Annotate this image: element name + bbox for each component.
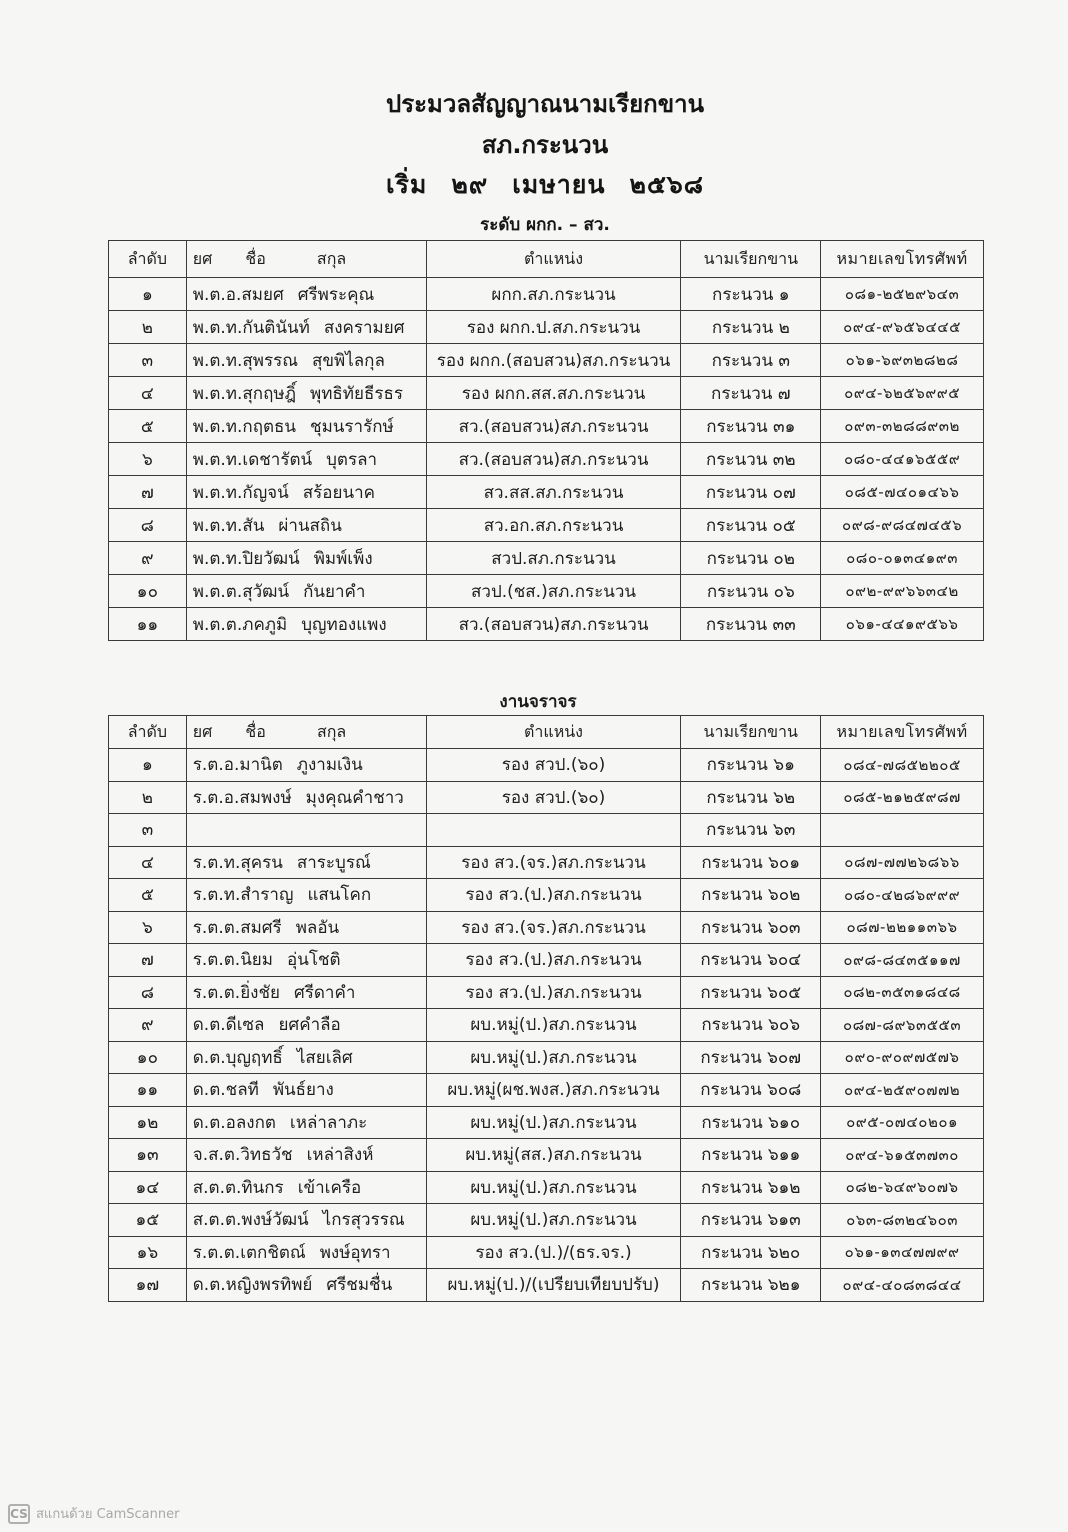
position: ผกก.สภ.กระนวน xyxy=(426,278,681,311)
rank-first-name: พ.ต.อ.สมยศ xyxy=(193,281,284,308)
person-name: ด.ต.ชลทีพันธ์ยาง xyxy=(186,1074,426,1107)
rank-first-name: ร.ต.ต.สมศรี xyxy=(193,914,282,941)
position: สว.สส.สภ.กระนวน xyxy=(426,476,681,509)
rank-first-name: ร.ต.ท.สุครน xyxy=(193,849,283,876)
rank-first-name: พ.ต.ท.สัน xyxy=(193,512,265,539)
callsign: กระนวน ๗ xyxy=(681,377,821,410)
callsign: กระนวน ๓๑ xyxy=(681,410,821,443)
callsign: กระนวน ๖๐๕ xyxy=(681,976,821,1009)
row-number: ๔ xyxy=(109,377,187,410)
phone-number: ๐๘๒-๓๕๓๑๘๔๘ xyxy=(821,976,984,1009)
position: สวป.(ชส.)สภ.กระนวน xyxy=(426,575,681,608)
table-header-row: ลำดับ ยศ ชื่อ สกุล ตำแหน่ง นามเรียกขาน ห… xyxy=(109,241,984,278)
phone-number: ๐๘๐-๐๑๓๔๑๙๓ xyxy=(821,542,984,575)
phone-number: ๐๘๕-๒๑๒๕๙๘๗ xyxy=(821,781,984,814)
table-row: ๑๐พ.ต.ต.สุวัฒน์กันยาคำสวป.(ชส.)สภ.กระนวน… xyxy=(109,575,984,608)
person-name: พ.ต.ท.สุกฤษฎิ์พุทธิทัยธีรธร xyxy=(186,377,426,410)
phone-number: ๐๖๑-๑๓๔๗๗๙๙ xyxy=(821,1236,984,1269)
table-row: ๑๐ด.ต.บุญฤทธิ์ไสยเลิศผบ.หมู่(ป.)สภ.กระนว… xyxy=(109,1041,984,1074)
person-name: จ.ส.ต.วิทธวัชเหล่าสิงห์ xyxy=(186,1139,426,1172)
callsign-table-commanders: ลำดับ ยศ ชื่อ สกุล ตำแหน่ง นามเรียกขาน ห… xyxy=(108,240,984,641)
position: รอง สว.(ป.)/(ธร.จร.) xyxy=(426,1236,681,1269)
surname: พิมพ์เพ็ง xyxy=(314,545,373,572)
person-name: ร.ต.ต.นิยมอุ่นโชติ xyxy=(186,944,426,977)
callsign: กระนวน ๒ xyxy=(681,311,821,344)
position: สว.(สอบสวน)สภ.กระนวน xyxy=(426,443,681,476)
table-row: ๗พ.ต.ท.กัญจน์สร้อยนาคสว.สส.สภ.กระนวนกระน… xyxy=(109,476,984,509)
position: ผบ.หมู่(ป.)/(เปรียบเทียบปรับ) xyxy=(426,1269,681,1302)
row-number: ๒ xyxy=(109,311,187,344)
row-number: ๑๒ xyxy=(109,1106,187,1139)
surname: กันยาคำ xyxy=(303,578,365,605)
table-row: ๑พ.ต.อ.สมยศศรีพระคุณผกก.สภ.กระนวนกระนวน … xyxy=(109,278,984,311)
header-name: ยศ ชื่อ สกุล xyxy=(186,716,426,749)
position: สว.(สอบสวน)สภ.กระนวน xyxy=(426,608,681,641)
header-first: ชื่อ xyxy=(245,249,265,268)
surname: ศรีดาคำ xyxy=(294,979,355,1006)
surname: สร้อยนาค xyxy=(303,479,375,506)
row-number: ๑๐ xyxy=(109,1041,187,1074)
surname: เหล่าลาภะ xyxy=(290,1109,367,1136)
phone-number: ๐๙๔-๒๕๙๐๗๗๒ xyxy=(821,1074,984,1107)
surname: บุตรลา xyxy=(326,446,377,473)
watermark-text: สแกนด้วย CamScanner xyxy=(36,1503,179,1524)
person-name xyxy=(186,814,426,847)
start-year: ๒๕๖๘ xyxy=(629,170,704,199)
person-name: ด.ต.บุญฤทธิ์ไสยเลิศ xyxy=(186,1041,426,1074)
rank-first-name: ด.ต.บุญฤทธิ์ xyxy=(193,1044,283,1071)
rank-first-name: พ.ต.ท.สุพรรณ xyxy=(193,347,298,374)
header-position: ตำแหน่ง xyxy=(426,716,681,749)
table-row: ๕พ.ต.ท.กฤตธนชุมนรารักษ์สว.(สอบสวน)สภ.กระ… xyxy=(109,410,984,443)
callsign: กระนวน ๖๑๑ xyxy=(681,1139,821,1172)
row-number: ๒ xyxy=(109,781,187,814)
header-last: สกุล xyxy=(317,249,346,268)
callsign: กระนวน ๖๐๘ xyxy=(681,1074,821,1107)
camscanner-logo-icon: CS xyxy=(8,1504,30,1524)
position: สวป.สภ.กระนวน xyxy=(426,542,681,575)
phone-number: ๐๘๗-๘๙๖๓๕๕๓ xyxy=(821,1009,984,1042)
phone-number: ๐๙๓-๓๒๘๘๙๓๒ xyxy=(821,410,984,443)
row-number: ๑ xyxy=(109,749,187,782)
position: รอง สว.(ป.)สภ.กระนวน xyxy=(426,944,681,977)
table-row: ๖ร.ต.ต.สมศรีพลอันรอง สว.(จร.)สภ.กระนวนกร… xyxy=(109,911,984,944)
station-name: สภ.กระนวน xyxy=(0,125,1068,164)
rank-first-name: ร.ต.ต.นิยม xyxy=(193,946,273,973)
table-row: ๑๖ร.ต.ต.เตกชิตณ์พงษ์อุทรารอง สว.(ป.)/(ธร… xyxy=(109,1236,984,1269)
callsign: กระนวน ๖๑๒ xyxy=(681,1171,821,1204)
start-word: เริ่ม xyxy=(386,170,427,199)
table-row: ๘พ.ต.ท.สันผ่านสถินสว.อก.สภ.กระนวนกระนวน … xyxy=(109,509,984,542)
position: รอง สว.(ป.)สภ.กระนวน xyxy=(426,879,681,912)
person-name: ส.ต.ต.พงษ์วัฒน์ไกรสุวรรณ xyxy=(186,1204,426,1237)
position: รอง ผกก.ป.สภ.กระนวน xyxy=(426,311,681,344)
person-name: ด.ต.ดีเซลยศคำลือ xyxy=(186,1009,426,1042)
row-number: ๘ xyxy=(109,509,187,542)
row-number: ๑๑ xyxy=(109,1074,187,1107)
row-number: ๘ xyxy=(109,976,187,1009)
phone-number: ๐๙๐-๙๐๙๗๕๗๖ xyxy=(821,1041,984,1074)
table-row: ๖พ.ต.ท.เดชารัตน์บุตรลาสว.(สอบสวน)สภ.กระน… xyxy=(109,443,984,476)
surname: บุญทองแพง xyxy=(301,611,386,638)
rank-first-name: พ.ต.ท.เดชารัตน์ xyxy=(193,446,312,473)
document-title: ประมวลสัญญาณนามเรียกขาน xyxy=(0,84,1068,123)
position: รอง สวป.(๖๐) xyxy=(426,749,681,782)
phone-number: ๐๘๔-๗๘๕๒๒๐๕ xyxy=(821,749,984,782)
header-rank: ยศ xyxy=(193,249,213,268)
rank-first-name: ส.ต.ต.พงษ์วัฒน์ xyxy=(193,1206,309,1233)
table-row: ๑๒ด.ต.อลงกตเหล่าลาภะผบ.หมู่(ป.)สภ.กระนวน… xyxy=(109,1106,984,1139)
row-number: ๑๑ xyxy=(109,608,187,641)
table-row: ๑๔ส.ต.ต.ทินกรเข้าเครือผบ.หมู่(ป.)สภ.กระน… xyxy=(109,1171,984,1204)
table-row: ๕ร.ต.ท.สำราญแสนโคกรอง สว.(ป.)สภ.กระนวนกร… xyxy=(109,879,984,912)
person-name: ด.ต.หญิงพรทิพย์ศรีชมชื่น xyxy=(186,1269,426,1302)
callsign: กระนวน ๖๐๔ xyxy=(681,944,821,977)
table-row: ๓พ.ต.ท.สุพรรณสุขพิไลกุลรอง ผกก.(สอบสวน)ส… xyxy=(109,344,984,377)
phone-number: ๐๘๒-๖๔๙๖๐๗๖ xyxy=(821,1171,984,1204)
surname: ยศคำลือ xyxy=(278,1011,340,1038)
row-number: ๙ xyxy=(109,1009,187,1042)
person-name: พ.ต.ท.กฤตธนชุมนรารักษ์ xyxy=(186,410,426,443)
surname: สุขพิไลกุล xyxy=(312,347,385,374)
position: ผบ.หมู่(ป.)สภ.กระนวน xyxy=(426,1041,681,1074)
phone-number: ๐๙๒-๙๙๖๖๓๔๒ xyxy=(821,575,984,608)
person-name: ร.ต.ต.เตกชิตณ์พงษ์อุทรา xyxy=(186,1236,426,1269)
camscanner-watermark: CS สแกนด้วย CamScanner xyxy=(8,1503,179,1524)
phone-number: ๐๙๕-๐๗๔๐๒๐๑ xyxy=(821,1106,984,1139)
surname: พงษ์อุทรา xyxy=(320,1239,391,1266)
rank-first-name: ด.ต.ดีเซล xyxy=(193,1011,265,1038)
phone-number: ๐๘๗-๒๒๑๑๓๖๖ xyxy=(821,911,984,944)
row-number: ๑๗ xyxy=(109,1269,187,1302)
callsign: กระนวน ๓๓ xyxy=(681,608,821,641)
table-row: ๑๑ด.ต.ชลทีพันธ์ยางผบ.หมู่(ผช.พงส.)สภ.กระ… xyxy=(109,1074,984,1107)
row-number: ๗ xyxy=(109,476,187,509)
callsign: กระนวน ๖๒๑ xyxy=(681,1269,821,1302)
callsign: กระนวน ๓ xyxy=(681,344,821,377)
rank-first-name: พ.ต.ท.กฤตธน xyxy=(193,413,296,440)
start-date: เริ่ม๒๙เมษายน๒๕๖๘ xyxy=(0,165,1068,205)
row-number: ๓ xyxy=(109,344,187,377)
position: ผบ.หมู่(ป.)สภ.กระนวน xyxy=(426,1009,681,1042)
rank-first-name: ร.ต.ต.เตกชิตณ์ xyxy=(193,1239,306,1266)
callsign: กระนวน ๖๐๗ xyxy=(681,1041,821,1074)
surname: สาระบูรณ์ xyxy=(297,849,371,876)
rank-first-name: ร.ต.ท.สำราญ xyxy=(193,881,294,908)
surname: ไกรสุวรรณ xyxy=(323,1206,405,1233)
callsign: กระนวน ๖๒ xyxy=(681,781,821,814)
section1-title: ระดับ ผกก. – สว. xyxy=(0,211,1068,238)
position: รอง สว.(ป.)สภ.กระนวน xyxy=(426,976,681,1009)
header-callsign: นามเรียกขาน xyxy=(681,241,821,278)
person-name: พ.ต.ท.กัญจน์สร้อยนาค xyxy=(186,476,426,509)
callsign: กระนวน ๖๑ xyxy=(681,749,821,782)
position: สว.อก.สภ.กระนวน xyxy=(426,509,681,542)
person-name: พ.ต.ต.ภคภูมิบุญทองแพง xyxy=(186,608,426,641)
phone-number: ๐๘๑-๒๕๒๙๖๔๓ xyxy=(821,278,984,311)
header-position: ตำแหน่ง xyxy=(426,241,681,278)
phone-number: ๐๘๐-๔๔๑๖๕๕๙ xyxy=(821,443,984,476)
person-name: ร.ต.ท.สุครนสาระบูรณ์ xyxy=(186,846,426,879)
person-name: พ.ต.ท.สุพรรณสุขพิไลกุล xyxy=(186,344,426,377)
rank-first-name: พ.ต.ต.สุวัฒน์ xyxy=(193,578,289,605)
surname: พันธ์ยาง xyxy=(273,1076,334,1103)
person-name: ร.ต.อ.สมพงษ์มุงคุณคำชาว xyxy=(186,781,426,814)
surname: สงครามยศ xyxy=(324,314,405,341)
rank-first-name: จ.ส.ต.วิทธวัช xyxy=(193,1141,293,1168)
table-row: ๒ร.ต.อ.สมพงษ์มุงคุณคำชาวรอง สวป.(๖๐)กระน… xyxy=(109,781,984,814)
callsign: กระนวน ๖๑๐ xyxy=(681,1106,821,1139)
callsign: กระนวน ๖๐๑ xyxy=(681,846,821,879)
phone-number: ๐๘๗-๗๗๒๖๘๖๖ xyxy=(821,846,984,879)
person-name: ด.ต.อลงกตเหล่าลาภะ xyxy=(186,1106,426,1139)
position xyxy=(426,814,681,847)
rank-first-name: ร.ต.อ.มานิต xyxy=(193,751,283,778)
position: ผบ.หมู่(สส.)สภ.กระนวน xyxy=(426,1139,681,1172)
rank-first-name: ส.ต.ต.ทินกร xyxy=(193,1174,284,1201)
surname: พลอัน xyxy=(296,914,339,941)
rank-first-name: พ.ต.ต.ภคภูมิ xyxy=(193,611,288,638)
row-number: ๑๓ xyxy=(109,1139,187,1172)
table-row: ๗ร.ต.ต.นิยมอุ่นโชติรอง สว.(ป.)สภ.กระนวนก… xyxy=(109,944,984,977)
person-name: ร.ต.ต.ยิ่งชัยศรีดาคำ xyxy=(186,976,426,1009)
start-month: เมษายน xyxy=(512,170,605,199)
surname: มุงคุณคำชาว xyxy=(306,784,404,811)
table-row: ๔ร.ต.ท.สุครนสาระบูรณ์รอง สว.(จร.)สภ.กระน… xyxy=(109,846,984,879)
surname: เข้าเครือ xyxy=(298,1174,362,1201)
rank-first-name: ด.ต.อลงกต xyxy=(193,1109,276,1136)
person-name: พ.ต.ท.กันตินันท์สงครามยศ xyxy=(186,311,426,344)
rank-first-name: ร.ต.อ.สมพงษ์ xyxy=(193,784,292,811)
header-name: ยศ ชื่อ สกุล xyxy=(186,241,426,278)
person-name: ร.ต.อ.มานิตภูงามเงิน xyxy=(186,749,426,782)
phone-number: ๐๙๔-๖๑๕๓๗๓๐ xyxy=(821,1139,984,1172)
position: ผบ.หมู่(ป.)สภ.กระนวน xyxy=(426,1171,681,1204)
surname: อุ่นโชติ xyxy=(287,946,341,973)
row-number: ๑๖ xyxy=(109,1236,187,1269)
section2-title: งานจราจร xyxy=(420,688,656,715)
surname: ไสยเลิศ xyxy=(297,1044,353,1071)
phone-number: ๐๖๑-๔๔๑๙๕๖๖ xyxy=(821,608,984,641)
position: รอง ผกก.สส.สภ.กระนวน xyxy=(426,377,681,410)
person-name: ส.ต.ต.ทินกรเข้าเครือ xyxy=(186,1171,426,1204)
header-no: ลำดับ xyxy=(109,241,187,278)
row-number: ๑๕ xyxy=(109,1204,187,1237)
table-header-row: ลำดับ ยศ ชื่อ สกุล ตำแหน่ง นามเรียกขาน ห… xyxy=(109,716,984,749)
table-row: ๑๗ด.ต.หญิงพรทิพย์ศรีชมชื่นผบ.หมู่(ป.)/(เ… xyxy=(109,1269,984,1302)
person-name: พ.ต.ท.ปิยวัฒน์พิมพ์เพ็ง xyxy=(186,542,426,575)
rank-first-name: ร.ต.ต.ยิ่งชัย xyxy=(193,979,280,1006)
position: ผบ.หมู่(ผช.พงส.)สภ.กระนวน xyxy=(426,1074,681,1107)
callsign: กระนวน ๑ xyxy=(681,278,821,311)
callsign: กระนวน ๖๓ xyxy=(681,814,821,847)
rank-first-name: พ.ต.ท.ปิยวัฒน์ xyxy=(193,545,300,572)
person-name: ร.ต.ท.สำราญแสนโคก xyxy=(186,879,426,912)
person-name: พ.ต.อ.สมยศศรีพระคุณ xyxy=(186,278,426,311)
callsign: กระนวน ๐๕ xyxy=(681,509,821,542)
row-number: ๗ xyxy=(109,944,187,977)
callsign: กระนวน ๖๐๓ xyxy=(681,911,821,944)
callsign: กระนวน ๐๒ xyxy=(681,542,821,575)
callsign: กระนวน ๐๖ xyxy=(681,575,821,608)
surname: พุทธิทัยธีรธร xyxy=(310,380,403,407)
table-row: ๑๓จ.ส.ต.วิทธวัชเหล่าสิงห์ผบ.หมู่(สส.)สภ.… xyxy=(109,1139,984,1172)
person-name: ร.ต.ต.สมศรีพลอัน xyxy=(186,911,426,944)
person-name: พ.ต.ท.เดชารัตน์บุตรลา xyxy=(186,443,426,476)
phone-number: ๐๘๐-๔๒๘๖๙๙๙ xyxy=(821,879,984,912)
table-row: ๘ร.ต.ต.ยิ่งชัยศรีดาคำรอง สว.(ป.)สภ.กระนว… xyxy=(109,976,984,1009)
rank-first-name: ด.ต.หญิงพรทิพย์ xyxy=(193,1271,313,1298)
phone-number: ๐๖๑-๖๙๓๒๘๒๘ xyxy=(821,344,984,377)
callsign: กระนวน ๖๐๒ xyxy=(681,879,821,912)
person-name: พ.ต.ต.สุวัฒน์กันยาคำ xyxy=(186,575,426,608)
row-number: ๖ xyxy=(109,911,187,944)
position: รอง สว.(จร.)สภ.กระนวน xyxy=(426,911,681,944)
callsign: กระนวน ๐๗ xyxy=(681,476,821,509)
table-row: ๔พ.ต.ท.สุกฤษฎิ์พุทธิทัยธีรธรรอง ผกก.สส.ส… xyxy=(109,377,984,410)
surname: ภูงามเงิน xyxy=(297,751,363,778)
surname: เหล่าสิงห์ xyxy=(307,1141,374,1168)
row-number: ๔ xyxy=(109,846,187,879)
callsign: กระนวน ๓๒ xyxy=(681,443,821,476)
phone-number: ๐๘๕-๗๔๐๑๔๖๖ xyxy=(821,476,984,509)
header-phone: หมายเลขโทรศัพท์ xyxy=(821,241,984,278)
phone-number: ๐๙๘-๘๔๓๕๑๑๗ xyxy=(821,944,984,977)
phone-number: ๐๙๔-๔๐๘๓๘๔๔ xyxy=(821,1269,984,1302)
surname: ศรีชมชื่น xyxy=(326,1271,392,1298)
row-number: ๕ xyxy=(109,410,187,443)
document-page: ประมวลสัญญาณนามเรียกขาน สภ.กระนวน เริ่ม๒… xyxy=(0,0,1068,1532)
table-row: ๙ด.ต.ดีเซลยศคำลือผบ.หมู่(ป.)สภ.กระนวนกระ… xyxy=(109,1009,984,1042)
phone-number: ๐๙๔-๙๖๕๖๔๔๕ xyxy=(821,311,984,344)
callsign: กระนวน ๖๑๓ xyxy=(681,1204,821,1237)
rank-first-name: พ.ต.ท.สุกฤษฎิ์ xyxy=(193,380,296,407)
callsign: กระนวน ๖๒๐ xyxy=(681,1236,821,1269)
row-number: ๑๔ xyxy=(109,1171,187,1204)
row-number: ๑๐ xyxy=(109,575,187,608)
header-rank: ยศ xyxy=(193,722,213,741)
surname: ชุมนรารักษ์ xyxy=(310,413,394,440)
phone-number: ๐๙๘-๙๘๔๗๔๕๖ xyxy=(821,509,984,542)
phone-number: ๐๙๔-๖๒๕๖๙๙๕ xyxy=(821,377,984,410)
header-first: ชื่อ xyxy=(245,722,265,741)
position: รอง สวป.(๖๐) xyxy=(426,781,681,814)
header-phone: หมายเลขโทรศัพท์ xyxy=(821,716,984,749)
surname: แสนโคก xyxy=(307,881,371,908)
rank-first-name: ด.ต.ชลที xyxy=(193,1076,259,1103)
position: ผบ.หมู่(ป.)สภ.กระนวน xyxy=(426,1204,681,1237)
table-row: ๓กระนวน ๖๓ xyxy=(109,814,984,847)
row-number: ๑ xyxy=(109,278,187,311)
table-row: ๒พ.ต.ท.กันตินันท์สงครามยศรอง ผกก.ป.สภ.กร… xyxy=(109,311,984,344)
rank-first-name: พ.ต.ท.กันตินันท์ xyxy=(193,314,310,341)
row-number: ๕ xyxy=(109,879,187,912)
table-row: ๙พ.ต.ท.ปิยวัฒน์พิมพ์เพ็งสวป.สภ.กระนวนกระ… xyxy=(109,542,984,575)
table-row: ๑ร.ต.อ.มานิตภูงามเงินรอง สวป.(๖๐)กระนวน … xyxy=(109,749,984,782)
header-no: ลำดับ xyxy=(109,716,187,749)
person-name: พ.ต.ท.สันผ่านสถิน xyxy=(186,509,426,542)
position: สว.(สอบสวน)สภ.กระนวน xyxy=(426,410,681,443)
row-number: ๓ xyxy=(109,814,187,847)
row-number: ๖ xyxy=(109,443,187,476)
callsign-table-traffic: ลำดับ ยศ ชื่อ สกุล ตำแหน่ง นามเรียกขาน ห… xyxy=(108,715,984,1302)
phone-number xyxy=(821,814,984,847)
position: รอง สว.(จร.)สภ.กระนวน xyxy=(426,846,681,879)
table-row: ๑๑พ.ต.ต.ภคภูมิบุญทองแพงสว.(สอบสวน)สภ.กระ… xyxy=(109,608,984,641)
surname: ศรีพระคุณ xyxy=(298,281,375,308)
start-day: ๒๙ xyxy=(451,170,488,199)
row-number: ๙ xyxy=(109,542,187,575)
position: รอง ผกก.(สอบสวน)สภ.กระนวน xyxy=(426,344,681,377)
header-callsign: นามเรียกขาน xyxy=(681,716,821,749)
rank-first-name: พ.ต.ท.กัญจน์ xyxy=(193,479,289,506)
position: ผบ.หมู่(ป.)สภ.กระนวน xyxy=(426,1106,681,1139)
header-last: สกุล xyxy=(317,722,346,741)
phone-number: ๐๖๓-๘๓๒๔๖๐๓ xyxy=(821,1204,984,1237)
table-row: ๑๕ส.ต.ต.พงษ์วัฒน์ไกรสุวรรณผบ.หมู่(ป.)สภ.… xyxy=(109,1204,984,1237)
surname: ผ่านสถิน xyxy=(278,512,341,539)
callsign: กระนวน ๖๐๖ xyxy=(681,1009,821,1042)
